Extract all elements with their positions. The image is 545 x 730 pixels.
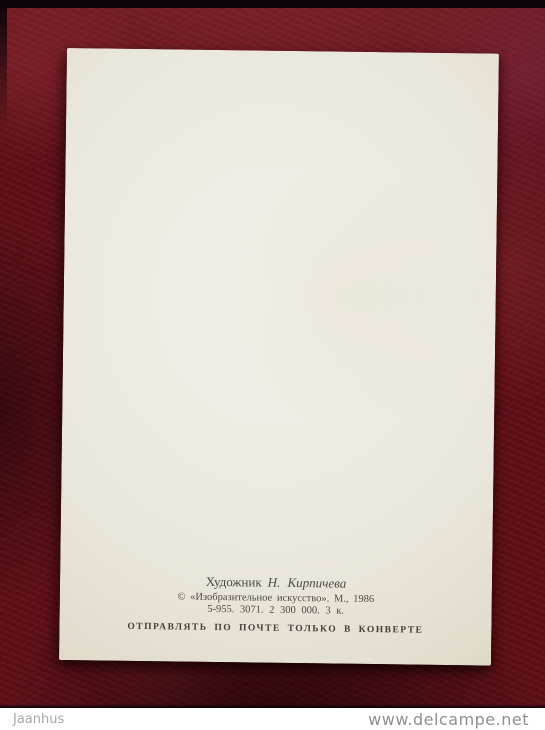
artist-label: Художник (206, 574, 262, 590)
seller-watermark: Jaanhus (13, 712, 64, 727)
photo-top-edge (0, 0, 545, 8)
artist-name: Н. Кирпичева (268, 575, 347, 591)
postal-notice: ОТПРАВЛЯТЬ ПО ПОЧТЕ ТОЛЬКО В КОНВЕРТЕ (59, 621, 491, 637)
postcard-back: ХудожникН. Кирпичева © «Изобразительное … (59, 48, 499, 666)
listing-image: ХудожникН. Кирпичева © «Изобразительное … (0, 0, 545, 730)
postcard-photo: ХудожникН. Кирпичева © «Изобразительное … (0, 0, 545, 708)
watermark-bar: Jaanhus www.delcampe.net (0, 708, 545, 730)
photo-left-edge (0, 0, 7, 130)
credits-block: ХудожникН. Кирпичева © «Изобразительное … (59, 572, 492, 637)
site-watermark: www.delcampe.net (368, 710, 529, 729)
